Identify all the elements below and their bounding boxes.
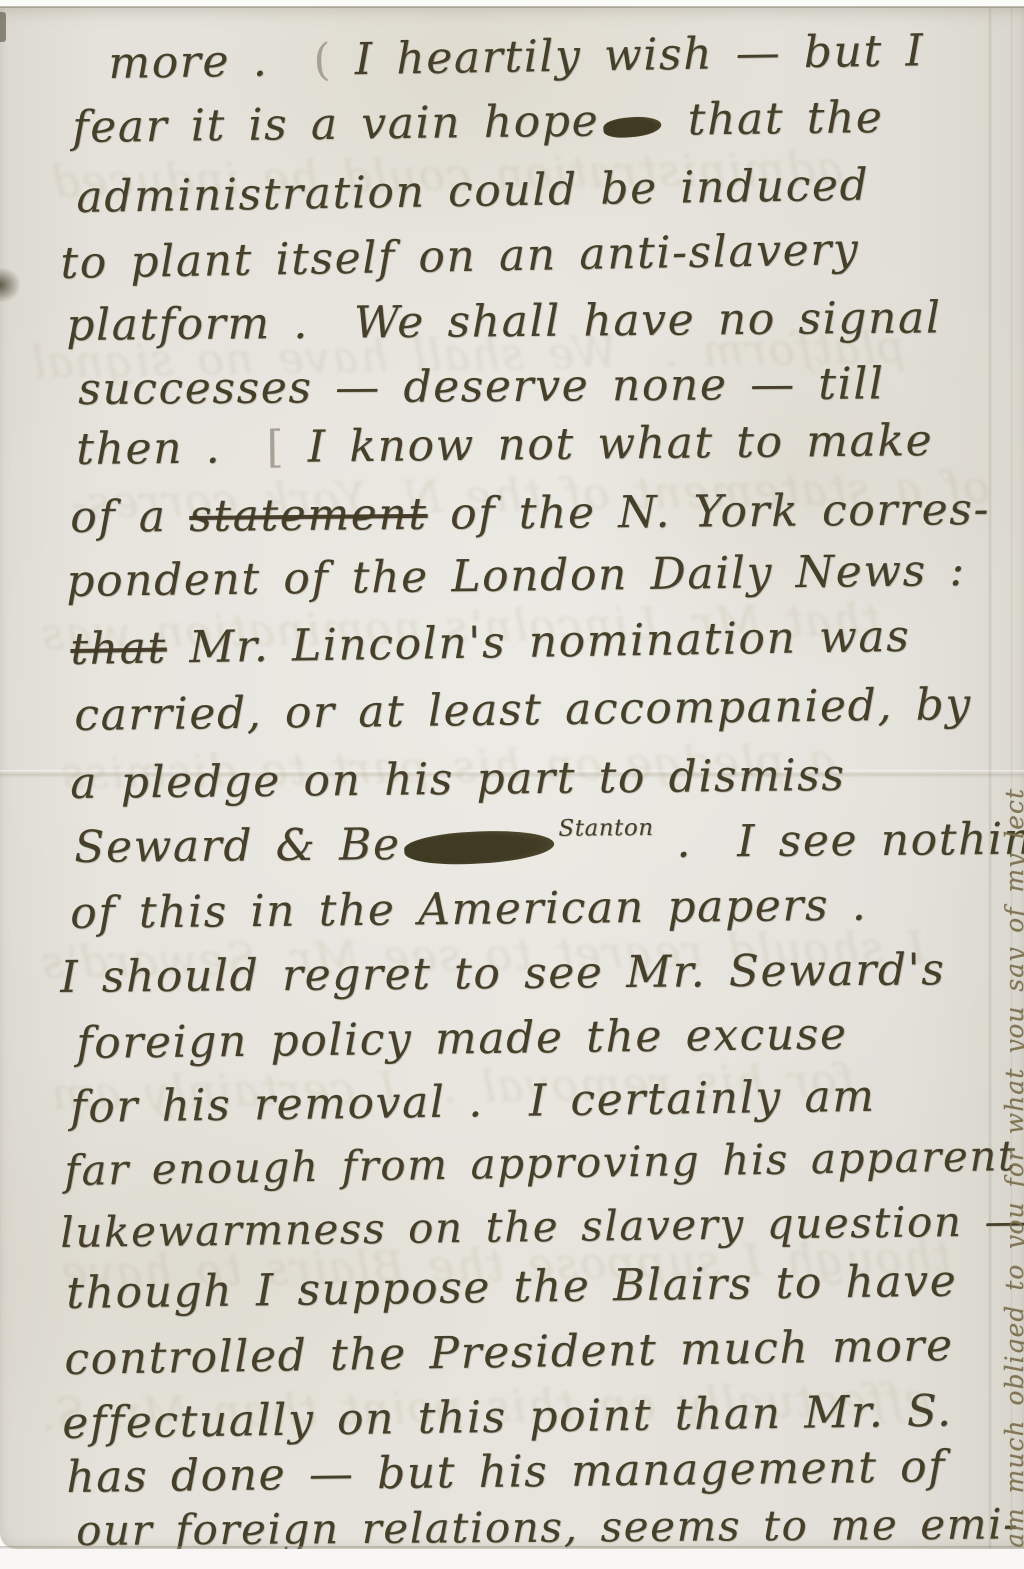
pencil-mark: ( bbox=[313, 34, 333, 85]
handwriting-text: effectually on this point than Mr. S. bbox=[62, 1386, 953, 1449]
handwriting-line: a pledge on his part to dismiss bbox=[70, 750, 846, 809]
handwriting-layer: more . ( I heartily wish — but Ifear it … bbox=[0, 0, 1024, 1569]
handwriting-line: fear it is a vain hope that the bbox=[72, 92, 884, 153]
ink-blot-small bbox=[603, 116, 662, 139]
handwriting-line: for his removal . I certainly am bbox=[70, 1071, 876, 1133]
handwriting-text: of this in the American papers . bbox=[70, 880, 868, 939]
handwriting-line: has done — but his management of bbox=[66, 1441, 946, 1503]
handwriting-line: of a statement of the N. York corres- bbox=[70, 484, 990, 543]
handwriting-text: . I see nothing bbox=[654, 813, 1024, 868]
handwriting-line: administration could be induced bbox=[76, 160, 870, 223]
paper-top-edge bbox=[0, 6, 1024, 8]
handwriting-text: fear it is a vain hope bbox=[72, 96, 599, 153]
scan-background-strip bbox=[0, 1549, 1024, 1569]
handwriting-line: carried, or at least accompanied, by bbox=[74, 679, 972, 741]
handwriting-line: I should regret to see Mr. Seward's bbox=[60, 944, 946, 1003]
ink-blot bbox=[404, 828, 555, 868]
handwriting-text: to plant itself on an anti-slavery bbox=[60, 224, 860, 289]
handwriting-text: though I suppose the Blairs to have bbox=[66, 1256, 958, 1319]
handwriting-text: administration could be induced bbox=[76, 160, 870, 223]
handwriting-text: a pledge on his part to dismiss bbox=[70, 750, 846, 809]
struck-word: statement bbox=[189, 489, 428, 542]
handwriting-line: effectually on this point than Mr. S. bbox=[62, 1386, 953, 1449]
handwriting-line: foreign policy made the excuse bbox=[76, 1009, 848, 1069]
handwriting-line: platform . We shall have no signal bbox=[66, 292, 942, 351]
handwriting-text: far enough from approving his apparent bbox=[64, 1131, 1017, 1195]
handwriting-text: then . bbox=[76, 422, 267, 475]
handwriting-line: lukewarmness on the slavery question — bbox=[60, 1196, 1024, 1257]
margin-note-vertical: am much obliged to you for what you say … bbox=[1000, 28, 1024, 1548]
handwriting-line: then . [ I know not what to make bbox=[76, 415, 934, 475]
handwriting-line: successes — deserve none — till bbox=[78, 358, 885, 415]
handwriting-line: that Mr. Lincoln's nomination was bbox=[70, 611, 911, 675]
handwriting-text: more . bbox=[108, 35, 314, 89]
handwriting-text: has done — but his management of bbox=[66, 1441, 946, 1503]
handwriting-line: to plant itself on an anti-slavery bbox=[60, 224, 860, 289]
handwriting-text: lukewarmness on the slavery question — bbox=[60, 1196, 1024, 1257]
handwriting-text: of a bbox=[70, 491, 189, 543]
pencil-mark: [ bbox=[266, 422, 285, 473]
handwriting-line: more . ( I heartily wish — but I bbox=[108, 25, 925, 89]
handwriting-text: I heartily wish — but I bbox=[332, 25, 925, 85]
handwriting-line: controlled the President much more bbox=[64, 1320, 954, 1385]
handwriting-text: that the bbox=[665, 92, 884, 146]
handwriting-text: I should regret to see Mr. Seward's bbox=[60, 944, 946, 1003]
handwriting-line: of this in the American papers . bbox=[70, 880, 868, 939]
handwriting-text: Mr. Lincoln's nomination was bbox=[166, 611, 910, 674]
handwriting-line: Seward & BeStanton . I see nothing bbox=[74, 813, 1024, 873]
left-edge-ink-smudge bbox=[0, 268, 20, 302]
struck-word: that bbox=[70, 622, 167, 675]
handwriting-text: for his removal . I certainly am bbox=[70, 1071, 876, 1133]
handwriting-line: far enough from approving his apparent bbox=[64, 1131, 1017, 1195]
handwriting-text: pondent of the London Daily News : bbox=[66, 545, 966, 607]
handwriting-text: successes — deserve none — till bbox=[78, 358, 885, 415]
handwriting-text: Be bbox=[339, 819, 401, 871]
handwriting-text: foreign policy made the excuse bbox=[76, 1009, 848, 1069]
inserted-word: Stanton bbox=[558, 815, 653, 842]
scan-corner-mark bbox=[0, 12, 6, 42]
handwriting-text: platform . We shall have no signal bbox=[66, 292, 942, 351]
handwriting-text: I know not what to make bbox=[285, 415, 934, 473]
handwriting-text: controlled the President much more bbox=[64, 1320, 954, 1385]
handwriting-text: carried, or at least accompanied, by bbox=[74, 679, 972, 741]
handwriting-text: of the N. York corres- bbox=[427, 484, 990, 540]
handwriting-line: pondent of the London Daily News : bbox=[66, 545, 966, 607]
handwriting-line: though I suppose the Blairs to have bbox=[66, 1256, 958, 1319]
handwriting-text: Seward & bbox=[74, 820, 339, 873]
scanned-letter-page: administration could be inducedplatform … bbox=[0, 0, 1024, 1569]
